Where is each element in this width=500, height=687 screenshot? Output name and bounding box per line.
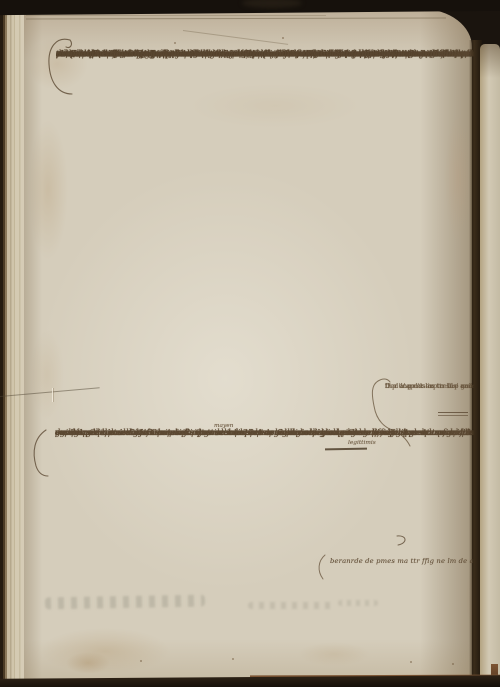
ink-speck xyxy=(174,42,176,44)
ink-speck xyxy=(452,663,454,665)
book-fore-edge-pages xyxy=(0,6,27,682)
adjacent-page-edge xyxy=(480,44,500,681)
initial-paraph-flourish xyxy=(42,34,76,100)
interlinear-insertion: legittimis xyxy=(348,440,376,446)
showthrough-ghost xyxy=(248,602,334,609)
manuscript-photo: Nec p ve Berengarij dicta pro ipsam Juri… xyxy=(0,0,500,687)
line-end-flourish xyxy=(394,533,410,547)
underpage-edge-line xyxy=(26,15,326,16)
interlinear-insertion: mayen xyxy=(214,423,233,429)
closing-line: ne Quatr ber pd. xyxy=(56,47,127,61)
ink-speck xyxy=(140,660,142,662)
scratch-line xyxy=(52,388,53,402)
ink-speck xyxy=(282,37,284,39)
ink-speck xyxy=(232,658,234,660)
manuscript-page xyxy=(24,9,472,681)
second-paraph-flourish xyxy=(26,426,52,478)
ink-speck xyxy=(410,661,412,663)
showthrough-ghost xyxy=(338,600,378,606)
signature-paraph-flourish xyxy=(314,552,328,582)
note-underline-mark xyxy=(438,412,468,416)
